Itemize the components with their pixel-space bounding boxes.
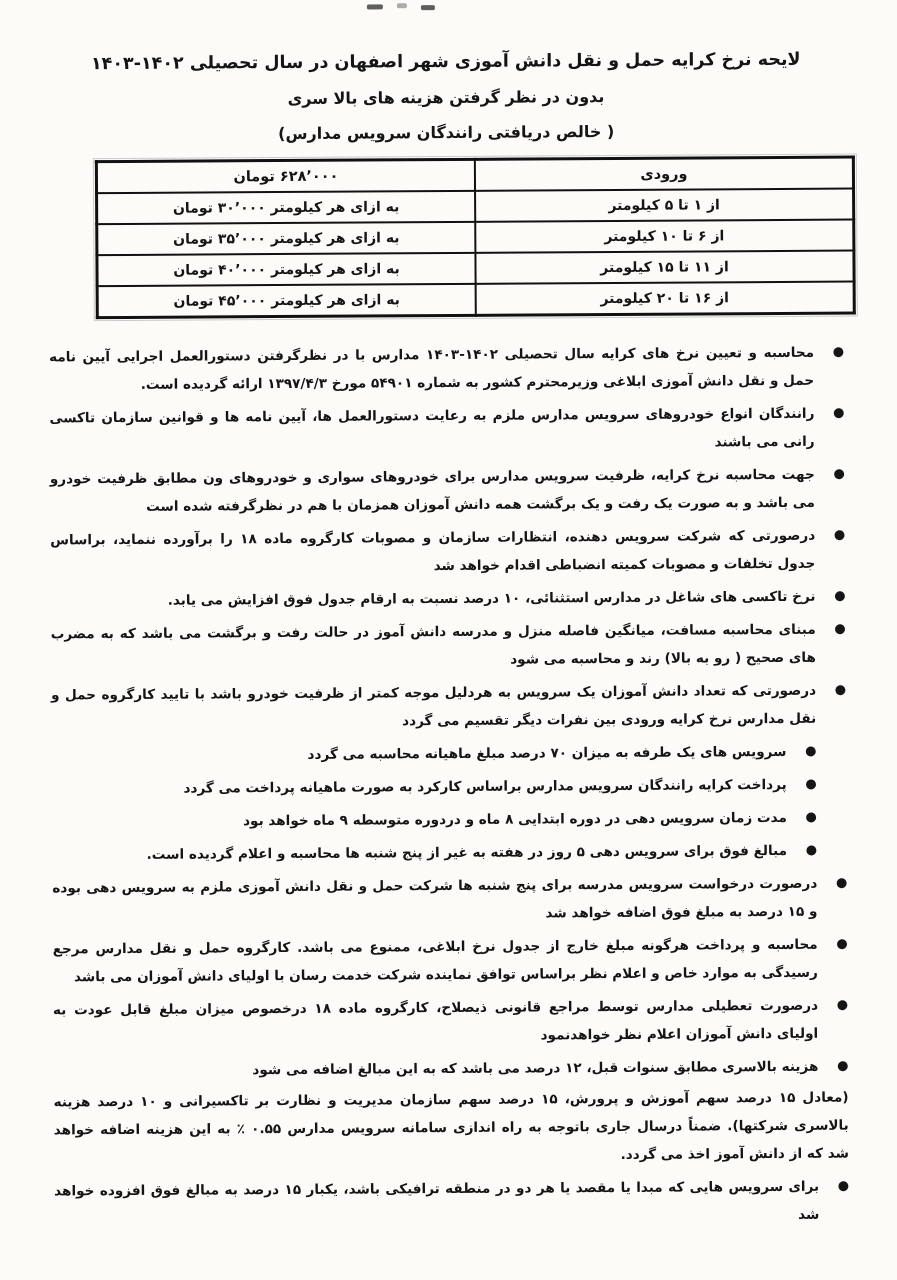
document-subtitle: بدون در نظر گرفتن هزینه های بالا سری <box>0 85 895 109</box>
note-bullet-item: ●مبالغ فوق برای سرویس دهی ۵ روز در هفته … <box>52 837 847 870</box>
bullet-dot-icon: ● <box>818 931 848 959</box>
document-header: لایحه نرخ کرایه حمل و نقل دانش آموزی شهر… <box>0 0 895 145</box>
note-text: درصورتی که تعداد دانش آموزان یک سرویس به… <box>51 677 816 738</box>
bullet-dot-icon: ● <box>787 837 817 865</box>
note-text: نرخ تاکسی های شاغل در مدارس استثنائی، ۱۰… <box>50 583 815 616</box>
note-text: درصورت درخواست سرویس مدرسه برای پنج شنبه… <box>52 870 817 931</box>
note-text: درصورت تعطیلی مدارس توسط مراجع قانونی ذی… <box>53 992 818 1053</box>
distance-range-cell: از ۶ تا ۱۰ کیلومتر <box>475 220 854 253</box>
fare-table: ورودی ۶۲۸٬۰۰۰ تومان از ۱ تا ۵ کیلومتربه … <box>95 156 856 320</box>
note-bullet-item: ●برای سرویس هایی که مبدا یا مقصد یا هر د… <box>54 1173 849 1234</box>
bullet-dot-icon: ● <box>819 1173 849 1201</box>
bullet-dot-icon: ● <box>815 583 845 611</box>
note-text: (معادل ۱۵ درصد سهم آموزش و پرورش، ۱۵ درص… <box>54 1084 849 1173</box>
note-text: برای سرویس هایی که مبدا یا مقصد یا هر دو… <box>54 1173 819 1234</box>
note-bullet-item: ●جهت محاسبه نرخ کرایه، ظرفیت سرویس مدارس… <box>50 461 845 522</box>
note-bullet-item: ●نرخ تاکسی های شاغل در مدارس استثنائی، ۱… <box>50 583 845 616</box>
fare-table-row: از ۱۶ تا ۲۰ کیلومتربه ازای هر کیلومتر ۴۵… <box>97 282 854 318</box>
bullet-dot-icon: ● <box>815 461 845 489</box>
bullet-dot-icon: ● <box>814 400 844 428</box>
fare-table-body: از ۱ تا ۵ کیلومتربه ازای هر کیلومتر ۳۰٬۰… <box>97 189 855 318</box>
scanned-document-page: لایحه نرخ کرایه حمل و نقل دانش آموزی شهر… <box>0 0 897 1280</box>
note-text: جهت محاسبه نرخ کرایه، ظرفیت سرویس مدارس … <box>50 461 815 522</box>
bullet-dot-icon: ● <box>817 870 847 898</box>
note-bullet-item: ●درصورتی که شرکت سرویس دهنده، انتظارات س… <box>50 522 845 583</box>
entry-column-header: ورودی <box>475 157 854 191</box>
bullet-dot-icon: ● <box>818 1053 848 1081</box>
distance-range-cell: از ۱۶ تا ۲۰ کیلومتر <box>476 282 855 316</box>
note-bullet-item: ●محاسبه و پرداخت هرگونه مبلغ خارج از جدو… <box>53 931 848 992</box>
fare-table-row: از ۶ تا ۱۰ کیلومتربه ازای هر کیلومتر ۳۵٬… <box>97 220 854 256</box>
document-title: لایحه نرخ کرایه حمل و نقل دانش آموزی شهر… <box>0 49 894 74</box>
entry-fee-value-header: ۶۲۸٬۰۰۰ تومان <box>96 159 475 193</box>
note-text: درصورتی که شرکت سرویس دهنده، انتظارات سا… <box>50 522 815 583</box>
note-text: محاسبه و تعیین نرخ های کرایه سال تحصیلی … <box>49 339 814 400</box>
note-text: مدت زمان سرویس دهی در دوره ابتدایی ۸ ماه… <box>52 804 787 836</box>
note-bullet-item: ●رانندگان انواع خودروهای سرویس مدارس ملز… <box>49 400 844 461</box>
note-text: سرویس های یک طرفه به میزان ۷۰ درصد مبلغ … <box>51 738 786 770</box>
note-bullet-item: ●درصورت درخواست سرویس مدرسه برای پنج شنب… <box>52 870 847 931</box>
note-bullet-item: ●درصورت تعطیلی مدارس توسط مراجع قانونی ذ… <box>53 992 848 1053</box>
note-paragraph: (معادل ۱۵ درصد سهم آموزش و پرورش، ۱۵ درص… <box>54 1084 849 1173</box>
note-bullet-item: ●مبنای محاسبه مسافت، میانگین فاصله منزل … <box>51 616 846 677</box>
note-text: مبنای محاسبه مسافت، میانگین فاصله منزل و… <box>51 616 816 677</box>
fare-table-row: از ۱۱ تا ۱۵ کیلومتربه ازای هر کیلومتر ۴۰… <box>97 251 854 287</box>
distance-range-cell: از ۱۱ تا ۱۵ کیلومتر <box>475 251 854 284</box>
per-km-rate-cell: به ازای هر کیلومتر ۳۰٬۰۰۰ تومان <box>97 191 476 224</box>
bullet-dot-icon: ● <box>816 616 846 644</box>
per-km-rate-cell: به ازای هر کیلومتر ۴۰٬۰۰۰ تومان <box>97 253 476 286</box>
document-subtitle-2: ( خالص دریافتی رانندگان سرویس مدارس) <box>0 120 895 144</box>
bullet-dot-icon: ● <box>816 677 846 705</box>
note-bullet-item: ●سرویس های یک طرفه به میزان ۷۰ درصد مبلغ… <box>51 738 846 771</box>
note-bullet-item: ●درصورتی که تعداد دانش آموزان یک سرویس ب… <box>51 677 846 738</box>
scan-artifact-top <box>367 3 435 11</box>
bullet-dot-icon: ● <box>787 771 817 799</box>
note-text: رانندگان انواع خودروهای سرویس مدارس ملزم… <box>49 400 814 461</box>
note-bullet-item: ●هزینه بالاسری مطابق سنوات قبل، ۱۲ درصد … <box>53 1053 848 1086</box>
bullet-dot-icon: ● <box>814 339 844 367</box>
bullet-dot-icon: ● <box>818 992 848 1020</box>
note-bullet-item: ●مدت زمان سرویس دهی در دوره ابتدایی ۸ ما… <box>52 804 847 837</box>
note-bullet-item: ●محاسبه و تعیین نرخ های کرایه سال تحصیلی… <box>49 339 844 400</box>
bullet-dot-icon: ● <box>786 738 816 766</box>
fare-table-head: ورودی ۶۲۸٬۰۰۰ تومان <box>96 157 853 193</box>
distance-range-cell: از ۱ تا ۵ کیلومتر <box>475 189 854 222</box>
per-km-rate-cell: به ازای هر کیلومتر ۴۵٬۰۰۰ تومان <box>97 284 476 318</box>
note-text: پرداخت کرایه رانندگان سرویس مدارس براساس… <box>52 771 787 803</box>
fare-table-row: از ۱ تا ۵ کیلومتربه ازای هر کیلومتر ۳۰٬۰… <box>97 189 854 225</box>
note-bullet-item: ●پرداخت کرایه رانندگان سرویس مدارس براسا… <box>52 771 847 804</box>
bullet-dot-icon: ● <box>815 522 845 550</box>
fare-table-header-row: ورودی ۶۲۸٬۰۰۰ تومان <box>96 157 853 193</box>
bullet-dot-icon: ● <box>787 804 817 832</box>
note-text: محاسبه و پرداخت هرگونه مبلغ خارج از جدول… <box>53 931 818 992</box>
note-text: هزینه بالاسری مطابق سنوات قبل، ۱۲ درصد م… <box>53 1053 818 1086</box>
note-text: مبالغ فوق برای سرویس دهی ۵ روز در هفته ب… <box>52 837 787 869</box>
notes-list: ●محاسبه و تعیین نرخ های کرایه سال تحصیلی… <box>49 339 849 1234</box>
per-km-rate-cell: به ازای هر کیلومتر ۳۵٬۰۰۰ تومان <box>97 222 476 255</box>
